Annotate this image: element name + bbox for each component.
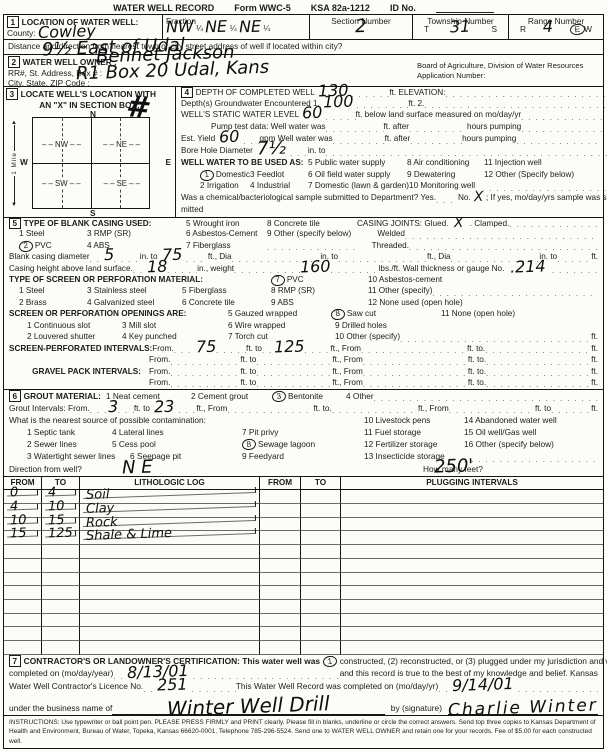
blank-diameter-value: 5 <box>104 253 114 256</box>
sample-no-label: No. <box>458 193 471 202</box>
option-neat-cement: 1 Neat cement <box>106 391 191 401</box>
option-fertilizer-storage: 12 Fertilizer storage <box>364 439 464 449</box>
casing-weight-value: 160 <box>300 264 331 268</box>
county-value: Cowley <box>38 29 96 34</box>
lithologic-log-table: FROM TO LITHOLOGIC LOG FROM TO PLUGGING … <box>4 477 603 655</box>
owner-section-badge: 2 <box>8 56 20 68</box>
county-label: County: <box>7 28 36 38</box>
grout-title: GROUT MATERIAL: <box>24 391 101 401</box>
screen-interval-from: 75 <box>196 344 216 348</box>
signature-value: Charlie Winter <box>448 704 598 712</box>
section-number-value: 2 <box>355 25 367 28</box>
fraction-2: NE <box>205 25 227 29</box>
township-value: 31 <box>450 25 471 36</box>
option-steel: 1 Steel <box>19 229 87 238</box>
log-cell <box>341 559 603 573</box>
option-rmp: 3 RMP (SR) <box>87 229 186 238</box>
ft-from-label: ft., From <box>196 403 227 413</box>
log-cell <box>260 531 301 545</box>
hours-pumping-label: hours pumping <box>467 122 521 131</box>
fraction-1: NW <box>166 25 194 29</box>
option-none-openings: 11 None (open hole) <box>441 309 515 318</box>
ft-after-label: ft. after <box>384 122 409 131</box>
casing-section-badge: 5 <box>9 218 21 229</box>
log-cell <box>260 586 301 600</box>
casing-height-label: Casing height above land surface. <box>9 264 133 273</box>
instructions-block: INSTRUCTIONS: Use typewriter or ball poi… <box>4 716 603 748</box>
section-certification: 7 CONTRACTOR'S OR LANDOWNER'S CERTIFICAT… <box>4 655 603 716</box>
log-cell <box>42 614 80 628</box>
option-sewage-lagoon: Sewage lagoon <box>258 439 315 449</box>
log-cell <box>301 559 341 573</box>
option-dewatering: 9 Dewatering <box>407 170 484 179</box>
ft-label: ft. <box>591 355 598 364</box>
one-mile-arrow: ▲ 1 Mile ▼ <box>9 121 19 207</box>
option-other-casing: 9 Other (specify below) <box>267 229 357 238</box>
ft-label: ft. <box>591 344 598 353</box>
one-mile-label: 1 Mile <box>11 151 18 176</box>
form-frame: 1LOCATION OF WATER WELL: County: Cowley … <box>3 14 604 749</box>
option-air-conditioning: 8 Air conditioning <box>407 158 484 167</box>
wall-thickness-label: lbs./ft. Wall thickness or gauge No. <box>379 264 505 273</box>
contamination-question: What is the nearest source of possible c… <box>9 415 364 425</box>
gw2-label: ft. 2. <box>408 99 424 108</box>
log-cell <box>341 627 603 641</box>
blank-diameter-label: Blank casing diameter <box>9 252 90 261</box>
from-label: From. <box>149 355 170 364</box>
option-galvanized: 4 Galvanized steel <box>87 298 182 307</box>
locate-section-badge: 3 <box>6 88 18 100</box>
log-cell <box>42 573 80 587</box>
business-name-label: under the business name of <box>9 703 112 715</box>
log-cell <box>260 518 301 532</box>
option-fuel-storage: 11 Fuel storage <box>364 427 464 437</box>
cert-constructed-circled: 1 <box>322 655 337 668</box>
log-cell <box>260 627 301 641</box>
instructions-text: INSTRUCTIONS: Use typewriter or ball poi… <box>9 719 596 745</box>
ft-label: ft. <box>591 378 598 387</box>
casing-title: TYPE OF BLANK CASING USED: <box>24 219 152 228</box>
cert-statement-b: constructed, (2) reconstructed, or (3) p… <box>340 656 607 666</box>
log-cell <box>80 614 260 628</box>
form-number: Form WWC-5 <box>234 3 291 13</box>
hours-pumping-label: hours pumping <box>462 134 516 143</box>
fraction-3: NE <box>239 25 261 29</box>
col-plugging-header: PLUGGING INTERVALS <box>341 477 603 491</box>
range-value: 4 <box>543 25 554 36</box>
option-fiberglass: 7 Fiberglass <box>186 241 267 250</box>
groundwater-label: Depth(s) Groundwater Encountered <box>181 99 311 108</box>
log-from: 0 <box>7 490 38 497</box>
option-sawcut: Saw cut <box>347 309 376 318</box>
well-water-was-label: Well water was <box>278 134 333 143</box>
compass-s: S <box>90 208 96 218</box>
grout-from-value: 3 <box>108 404 118 407</box>
ft-to-label: ft. to <box>240 355 256 364</box>
completed-on-label: completed on (mo/day/year) <box>9 668 113 678</box>
distance-row: Distance and direction from nearest town… <box>4 40 603 55</box>
cert-section-badge: 7 <box>9 655 21 667</box>
option-sawcut-circled: 8 <box>330 309 345 322</box>
in-to-label: in. to <box>308 146 326 155</box>
section-owner: 2WATER WELL OWNER : RR#, St. Address, Bo… <box>4 55 603 87</box>
arrow-bar <box>14 176 15 203</box>
option-brass: 2 Brass <box>19 298 87 307</box>
log-from: 10 <box>7 517 38 524</box>
from-label: From. <box>152 344 173 353</box>
option-pvc: PVC <box>35 241 52 250</box>
quarter-mark-3: ¼ <box>263 23 270 33</box>
log-cell <box>301 518 341 532</box>
log-cell <box>341 600 603 614</box>
option-oil-gas-well: 15 Oil well/Gas well <box>464 427 536 437</box>
section-grout: 6GROUT MATERIAL: 1 Neat cement 2 Cement … <box>4 390 603 476</box>
log-to: 4 <box>45 490 76 497</box>
log-to: 15 <box>45 517 76 524</box>
option-other-use: 12 Other (Specify below) <box>484 170 574 179</box>
log-cell <box>42 641 80 655</box>
ft-to-label: ft. to. <box>467 344 485 353</box>
option-screen-steel: 1 Steel <box>19 286 87 295</box>
ft-to-label: ft. to. <box>468 378 486 387</box>
ft-to-label: ft. to <box>240 378 256 387</box>
static-level-rest: ft. below land surface measured on mo/da… <box>356 110 522 119</box>
section-number-cell: Section Number 2 <box>309 15 412 39</box>
range-cell: Range Number R 4 EW <box>508 15 603 39</box>
id-blank-line <box>436 5 494 13</box>
log-cell <box>341 490 603 504</box>
record-completed-label: This Water Well Record was completed on … <box>236 681 438 691</box>
log-cell <box>80 641 260 655</box>
option-watertight-sewer: 3 Watertight sewer lines <box>27 451 130 461</box>
log-material: Shale & Lime <box>83 528 256 540</box>
option-screen-fiberglass: 5 Fiberglass <box>182 286 271 295</box>
option-feedlot: 3 Feedlot <box>250 170 308 179</box>
compass-e: E <box>165 157 171 167</box>
option-public-supply: 5 Public water supply <box>308 158 407 167</box>
log-cell <box>42 627 80 641</box>
ft-to-label: ft. to. <box>468 367 486 376</box>
screen-pvc-circled: 7 <box>270 274 285 287</box>
quarter-mark-2: ¼ <box>230 23 237 33</box>
range-west: W <box>584 24 592 34</box>
bore-diameter-value: 7½ <box>257 146 286 150</box>
record-date-value: 9/14/01 <box>452 682 514 687</box>
log-cell <box>341 518 603 532</box>
ft-to-label: ft. to <box>134 403 150 413</box>
option-septic-tank: 1 Septic tank <box>27 427 112 437</box>
log-cell <box>301 641 341 655</box>
section-square: NW NE SW SE # <box>32 117 150 209</box>
arrow-bar <box>14 125 15 152</box>
gauge-value: .214 <box>510 264 546 268</box>
log-cell <box>4 627 42 641</box>
joints-clamped-label: . Clamped. <box>470 219 510 228</box>
log-cell <box>341 641 603 655</box>
agency-block: Board of Agriculture, Division of Water … <box>417 61 597 81</box>
ft-to-label: ft. to <box>246 344 262 353</box>
log-cell <box>301 586 341 600</box>
log-cell <box>80 627 260 641</box>
log-cell <box>260 504 301 518</box>
log-cell <box>260 490 301 504</box>
gravel-intervals-title: GRAVEL PACK INTERVALS: <box>9 367 149 376</box>
form-id-label: ID No. <box>390 3 416 13</box>
log-cell <box>341 614 603 628</box>
groundwater-1-value: 100 <box>323 99 354 103</box>
licence-label: Water Well Contractor's Licence No. <box>9 681 143 691</box>
sample-no-mark: X <box>474 196 483 199</box>
log-cell <box>341 545 603 559</box>
log-cell <box>301 600 341 614</box>
section-box-cell: 3LOCATE WELL'S LOCATION WITH AN "X" IN S… <box>4 87 176 217</box>
option-grout-other: 4 Other <box>346 391 374 401</box>
log-to: 10 <box>45 504 76 511</box>
option-domestic-lawn: 7 Domestic (lawn & garden) <box>308 181 409 190</box>
option-abandoned-well: 14 Abandoned water well <box>464 415 557 425</box>
pump-test-label: Pump test data: Well water was <box>181 122 326 131</box>
option-irrigation: 2 Irrigation <box>200 181 250 190</box>
ft-from-label: ft., From <box>418 403 449 413</box>
casing-height-value: 18 <box>147 264 167 268</box>
option-continuous-slot: 1 Continuous slot <box>27 321 122 330</box>
ft-from-label: ft., From <box>332 355 362 364</box>
option-stainless: 3 Stainless steel <box>87 286 182 295</box>
log-cell <box>341 531 603 545</box>
range-r: R <box>520 24 526 35</box>
log-cell <box>301 573 341 587</box>
log-cell <box>260 614 301 628</box>
log-cell <box>260 573 301 587</box>
grout-intervals-label: Grout Intervals: From. <box>9 403 90 413</box>
option-concrete-tile: 8 Concrete tile <box>267 219 357 228</box>
option-mill-slot: 3 Mill slot <box>122 321 228 330</box>
option-wrought-iron: 5 Wrought iron <box>186 219 267 228</box>
log-cell <box>301 531 341 545</box>
feet-value: 250' <box>434 464 473 468</box>
option-feedyard: 9 Feedyard <box>242 451 364 461</box>
joints-glued-mark: X <box>454 222 463 225</box>
option-pit-privy: 7 Pit privy <box>242 427 364 437</box>
log-cell <box>80 600 260 614</box>
agency-name: Board of Agriculture, Division of Water … <box>417 61 597 71</box>
bore-diameter-label: Bore Hole Diameter <box>181 146 253 155</box>
licence-value: 251 <box>157 682 188 686</box>
col-to2-header: TO <box>301 477 341 491</box>
log-from: 15 <box>7 531 38 538</box>
option-wire-wrapped: 6 Wire wrapped <box>228 321 335 330</box>
option-livestock-pens: 10 Livestock pens <box>364 415 464 425</box>
log-cell <box>341 573 603 587</box>
log-cell <box>4 641 42 655</box>
township-s: S <box>491 24 497 34</box>
from-label: From. <box>149 378 170 387</box>
option-sewage-lagoon-circled: 8 <box>241 438 256 451</box>
log-to: 125 <box>45 531 76 538</box>
signature-label: by (signature) <box>385 703 448 715</box>
option-screen-concrete: 6 Concrete tile <box>182 298 271 307</box>
log-cell <box>80 559 260 573</box>
option-bentonite: Bentonite <box>288 391 323 401</box>
option-lateral-lines: 4 Lateral lines <box>112 427 242 437</box>
ft-label: ft. <box>591 252 598 261</box>
joints-welded-label: Welded <box>357 229 405 238</box>
ft-label: ft. <box>591 403 598 413</box>
option-gauzed: 5 Gauzed wrapped <box>228 309 331 318</box>
form-title-bar: WATER WELL RECORD Form WWC-5 KSA 82a-121… <box>0 0 607 14</box>
grout-to-value: 23 <box>154 404 174 408</box>
log-cell <box>4 559 42 573</box>
log-cell <box>301 504 341 518</box>
quadrant-ne: NE <box>102 140 141 149</box>
section-location: 1LOCATION OF WATER WELL: County: Cowley … <box>4 15 603 40</box>
log-cell <box>260 600 301 614</box>
section-casing: 5TYPE OF BLANK CASING USED: 5 Wrought ir… <box>4 218 603 391</box>
ft-from-label: ft., From <box>332 378 362 387</box>
direction-from-well-label: Direction from well? <box>9 464 82 474</box>
option-injection-well: 11 Injection well <box>484 158 542 167</box>
well-location-mark: # <box>126 105 147 110</box>
log-cell <box>80 573 260 587</box>
option-bentonite-circled: 3 <box>271 391 286 404</box>
option-pvc-circled: 2 <box>18 240 33 253</box>
option-none-open-hole: 12 None used (open hole) <box>368 298 463 307</box>
log-cell <box>260 641 301 655</box>
est-yield-label: Est. Yield <box>181 134 215 143</box>
completed-date-value: 8/13/01 <box>127 669 189 674</box>
log-cell <box>4 614 42 628</box>
ft-from-label: ft., From <box>332 367 362 376</box>
owner-name-value: Bennet Jackson <box>96 50 235 58</box>
log-cell <box>4 586 42 600</box>
grout-section-badge: 6 <box>9 390 21 402</box>
elevation-label: ft. ELEVATION: <box>389 88 445 97</box>
log-cell <box>4 573 42 587</box>
log-cell <box>42 559 80 573</box>
option-monitoring-well: 10 Monitoring well <box>409 181 475 190</box>
log-cell <box>341 586 603 600</box>
log-cell <box>42 586 80 600</box>
log-cell: 125 <box>42 531 80 545</box>
section-box-diagram: N S W E ▲ 1 Mile ▼ <box>6 111 173 217</box>
log-cell <box>301 490 341 504</box>
option-industrial: 4 Industrial <box>250 181 308 190</box>
log-cell <box>42 545 80 559</box>
application-number-label: Application Number: <box>417 71 597 81</box>
option-drilled-holes: 9 Drilled holes <box>335 321 387 330</box>
log-cell <box>260 545 301 559</box>
log-cell <box>301 614 341 628</box>
casing-joints-label: CASING JOINTS: Glued. <box>357 219 448 228</box>
log-cell <box>80 545 260 559</box>
range-east-circled: E <box>569 23 585 36</box>
log-cell <box>301 545 341 559</box>
ft-to-label: ft. to. <box>313 403 331 413</box>
quadrant-nw: NW <box>41 140 82 149</box>
option-cement-grout: 2 Cement grout <box>191 391 272 401</box>
screen-interval-to: 125 <box>274 344 305 348</box>
log-from: 4 <box>7 504 38 511</box>
ft-to-label: ft. to <box>240 367 256 376</box>
from-label: From. <box>149 367 170 376</box>
log-cell <box>260 559 301 573</box>
township-t: T <box>424 24 429 34</box>
use-title: WELL WATER TO BE USED AS: <box>181 158 308 167</box>
ft-to-label: ft. to <box>535 403 551 413</box>
sample-question: Was a chemical/bacteriological sample su… <box>181 193 436 202</box>
option-screen-abs: 9 ABS <box>271 298 368 307</box>
arrow-down-icon: ▼ <box>11 203 17 207</box>
form-title: WATER WELL RECORD <box>113 3 214 13</box>
openings-title: SCREEN OR PERFORATION OPENINGS ARE: <box>9 309 228 318</box>
static-level-value: 60 <box>302 111 322 115</box>
quadrant-se: SE <box>103 179 141 188</box>
option-contamination-other: 16 Other (specify below) <box>464 439 554 449</box>
quadrant-sw: SW <box>41 179 82 188</box>
section-map-and-depth: 3LOCATE WELL'S LOCATION WITH AN "X" IN S… <box>4 87 603 218</box>
col-from2-header: FROM <box>260 477 301 491</box>
option-domestic: Domestic <box>216 170 250 179</box>
depth-section-badge: 4 <box>181 87 193 98</box>
weight-label: in., weight <box>197 264 234 273</box>
log-cell: 15 <box>4 531 42 545</box>
option-cess-pool: 5 Cess pool <box>112 439 242 449</box>
option-screen-other: 11 Other (specify) <box>368 286 432 295</box>
business-name-value: Winter Well Drill <box>167 702 330 711</box>
mitted-label: mitted <box>181 205 203 214</box>
log-cell: Shale & Lime <box>80 531 260 545</box>
screen-intervals-title: SCREEN-PERFORATED INTERVALS: <box>9 344 152 353</box>
ft-label: ft. <box>591 332 598 341</box>
option-domestic-circled: 1 <box>199 169 214 182</box>
ft-dia-label: ft., Dia <box>427 252 451 261</box>
direction-value: N E <box>122 465 153 469</box>
log-cell <box>4 545 42 559</box>
depth-label: DEPTH OF COMPLETED WELL <box>196 88 315 97</box>
ft-after-label: ft. after <box>385 134 410 143</box>
log-cell <box>80 586 260 600</box>
township-cell: Township Number T 31 S <box>412 15 508 39</box>
option-louvered: 2 Louvered shutter <box>27 332 122 341</box>
ft-from-label: ft., From <box>331 344 361 353</box>
option-asbestos-cement: 6 Asbestos-Cement <box>186 229 267 238</box>
est-yield-value: 60 <box>219 135 239 139</box>
option-other-openings: 10 Other (specify) <box>335 332 400 341</box>
joints-threaded-label: Threaded. <box>357 241 409 250</box>
center-line-horizontal <box>33 163 149 164</box>
option-screen-asbestos: 10 Asbestos-cement <box>368 275 442 284</box>
owner-address-value: R1 Box 20 Udal, Kans <box>76 65 269 75</box>
form-statute: KSA 82a-1212 <box>311 3 370 13</box>
section-number-badge: 1 <box>7 16 19 28</box>
log-cell <box>4 600 42 614</box>
sample-question-rest: ; If yes, mo/day/yrs sample was sub- <box>486 193 607 202</box>
log-cell <box>301 627 341 641</box>
screen-material-title: TYPE OF SCREEN OR PERFORATION MATERIAL: <box>9 275 271 284</box>
option-sewer-lines: 2 Sewer lines <box>27 439 112 449</box>
quarter-mark-1: ¼ <box>196 23 203 33</box>
compass-w: W <box>20 157 28 167</box>
option-oil-field: 6 Oil field water supply <box>308 170 407 179</box>
water-well-record-form: WATER WELL RECORD Form WWC-5 KSA 82a-121… <box>0 0 607 752</box>
option-screen-rmp: 8 RMP (SR) <box>271 286 368 295</box>
ft-to-label: ft. to. <box>468 355 486 364</box>
log-cell <box>341 504 603 518</box>
log-cell <box>42 600 80 614</box>
ft-label: ft. <box>591 367 598 376</box>
static-level-label: WELL'S STATIC WATER LEVEL <box>181 110 299 119</box>
ft-dia-label: ft., Dia <box>208 252 232 261</box>
